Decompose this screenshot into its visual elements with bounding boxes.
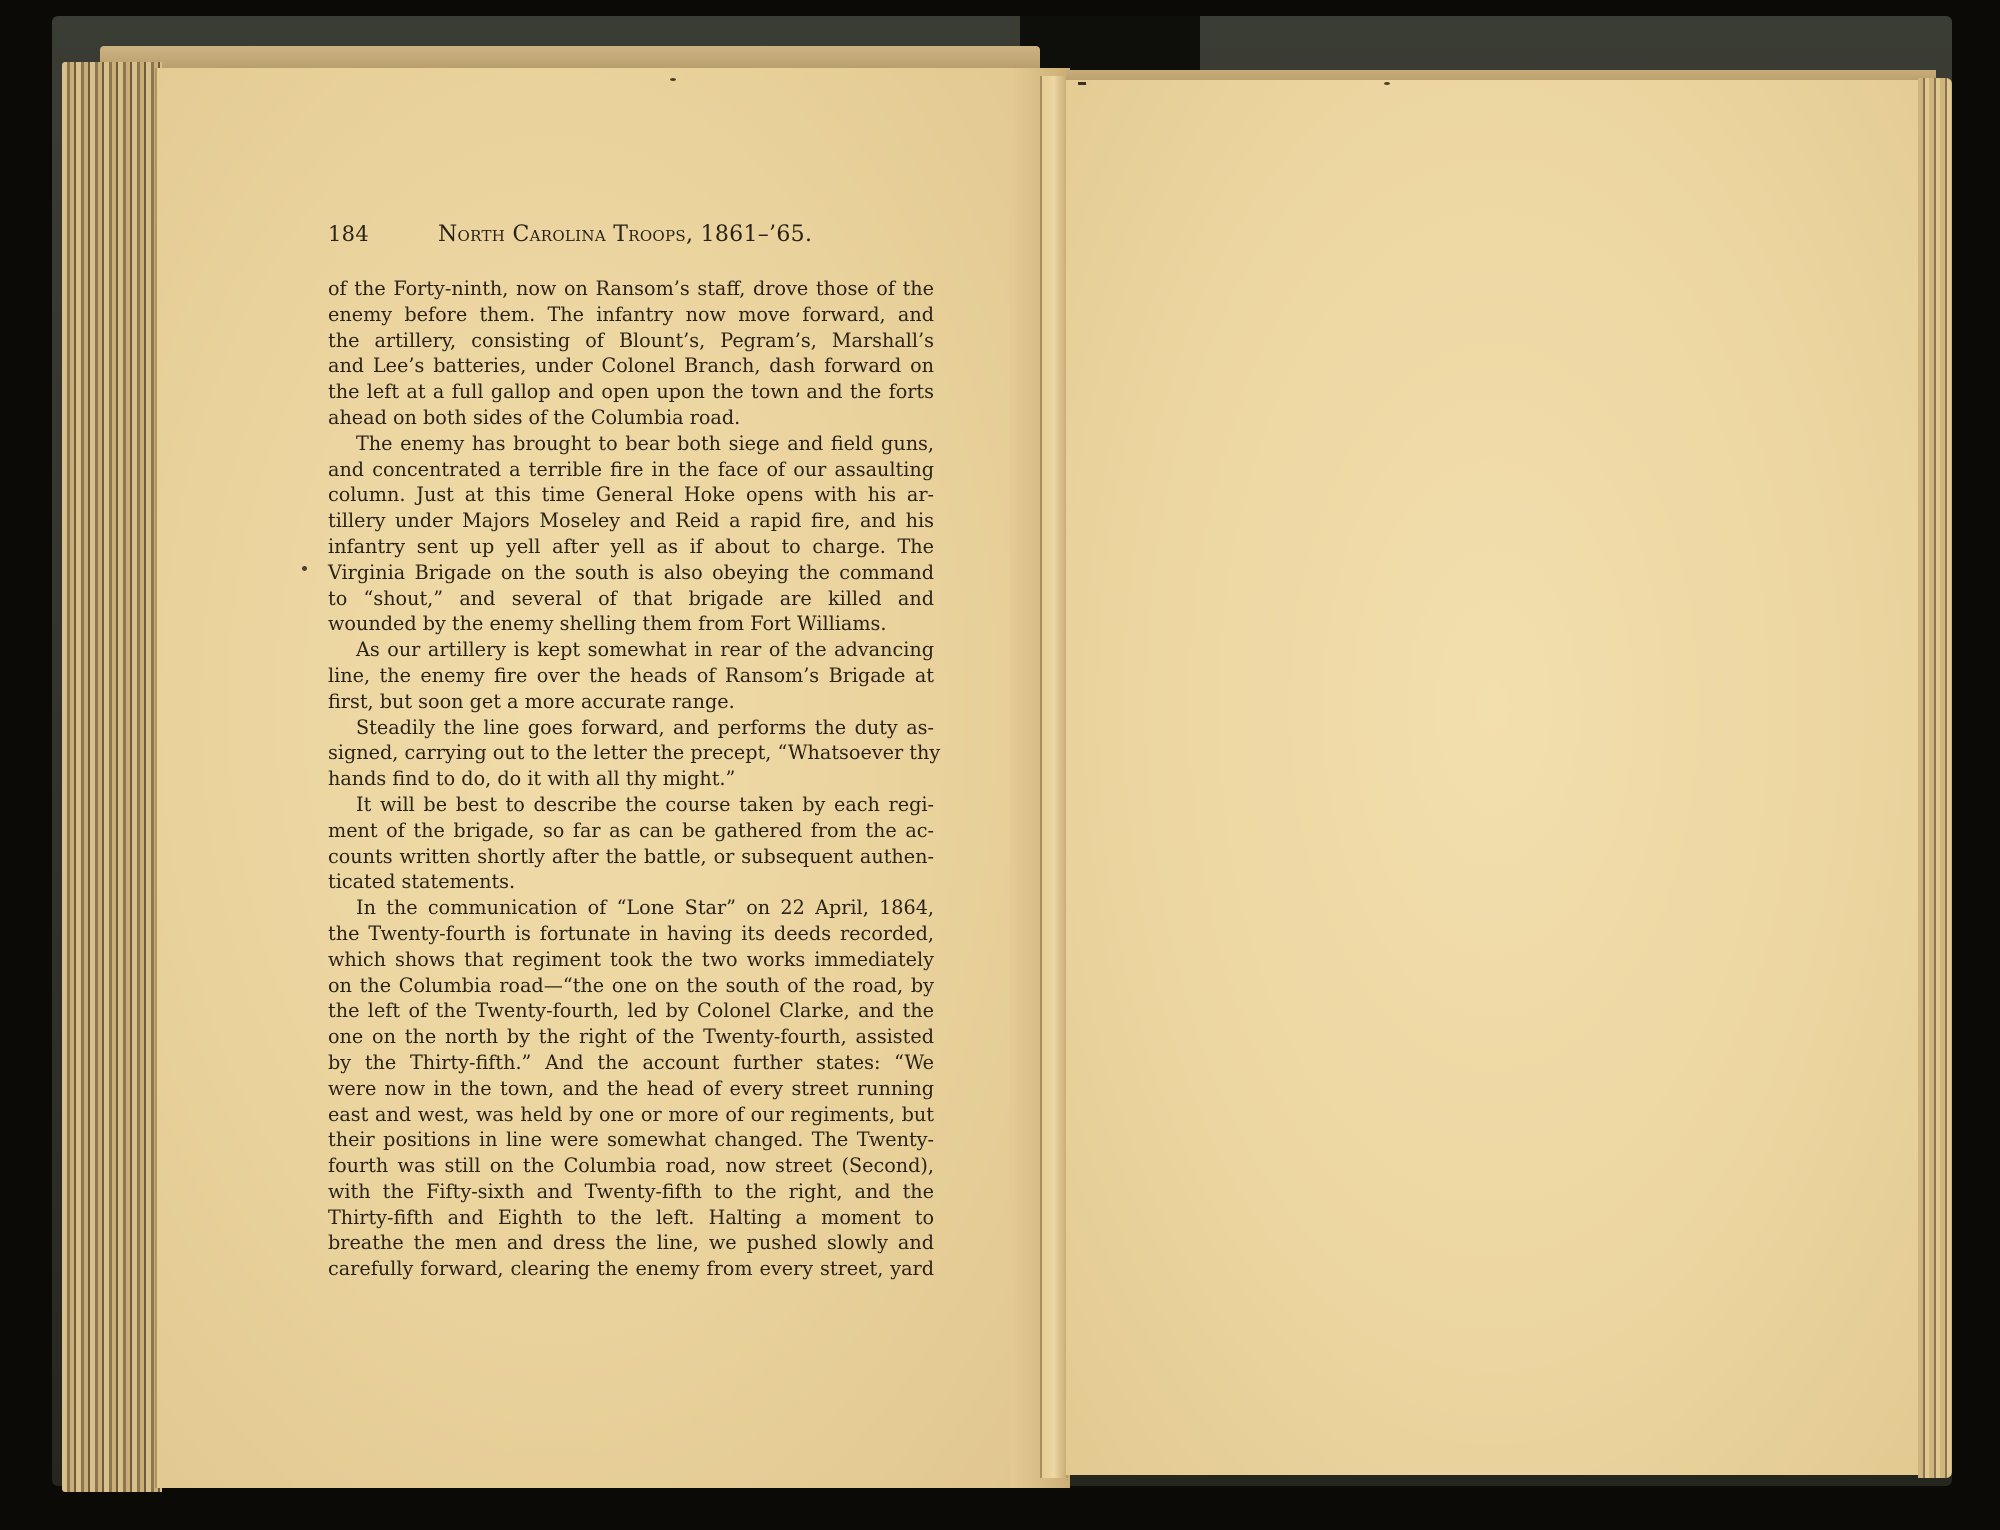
text-line: column. Just at this time General Hoke o… (328, 482, 934, 508)
text-line: east and west, was held by one or more o… (328, 1102, 934, 1128)
text-line: It will be best to describe the course t… (328, 792, 934, 818)
page-number: 184 (328, 222, 438, 246)
left-page-stack (62, 62, 162, 1492)
text-line: signed, carrying out to the letter the p… (328, 740, 934, 766)
spine-shadow (1020, 16, 1200, 76)
ink-speck (302, 566, 307, 571)
text-line: hands find to do, do it with all thy mig… (328, 766, 934, 792)
ink-speck (1384, 82, 1390, 85)
paragraph: In the communication of “Lone Star” on 2… (328, 895, 934, 1282)
text-line: counts written shortly after the battle,… (328, 844, 934, 870)
text-line: the artillery, consisting of Blount’s, P… (328, 328, 934, 354)
text-line: In the communication of “Lone Star” on 2… (328, 895, 934, 921)
text-line: enemy before them. The infantry now move… (328, 302, 934, 328)
left-page-top-edge (100, 46, 1040, 70)
text-line: ticated statements. (328, 869, 934, 895)
text-line: fourth was still on the Columbia road, n… (328, 1153, 934, 1179)
text-line: Steadily the line goes forward, and perf… (328, 715, 934, 741)
text-line: with the Fifty-sixth and Twenty-fifth to… (328, 1179, 934, 1205)
text-line: Thirty-fifth and Eighth to the left. Hal… (328, 1205, 934, 1231)
paragraph: of the Forty-ninth, now on Ransom’s staf… (328, 276, 934, 431)
text-line: and concentrated a terrible fire in the … (328, 457, 934, 483)
paragraph: It will be best to describe the course t… (328, 792, 934, 895)
text-line: to “shout,” and several of that brigade … (328, 586, 934, 612)
right-page-blank (1066, 80, 1921, 1475)
text-line: their positions in line were somewhat ch… (328, 1127, 934, 1153)
text-line: the Twenty-fourth is fortunate in having… (328, 921, 934, 947)
text-line: breathe the men and dress the line, we p… (328, 1230, 934, 1256)
text-line: were now in the town, and the head of ev… (328, 1076, 934, 1102)
text-line: carefully forward, clearing the enemy fr… (328, 1256, 934, 1282)
text-line: and Lee’s batteries, under Colonel Branc… (328, 353, 934, 379)
right-page-stack (1918, 78, 1952, 1478)
gutter-fold (1040, 76, 1068, 1478)
text-line: ment of the brigade, so far as can be ga… (328, 818, 934, 844)
paragraph: Steadily the line goes forward, and perf… (328, 715, 934, 792)
text-line: The enemy has brought to bear both siege… (328, 431, 934, 457)
top-notch-mark (1078, 82, 1086, 85)
text-line: of the Forty-ninth, now on Ransom’s staf… (328, 276, 934, 302)
body-text: of the Forty-ninth, now on Ransom’s staf… (328, 276, 934, 1282)
text-line: by the Thirty-fifth.” And the account fu… (328, 1050, 934, 1076)
text-line: the left at a full gallop and open upon … (328, 379, 934, 405)
text-line: Virginia Brigade on the south is also ob… (328, 560, 934, 586)
ink-speck (670, 78, 676, 81)
text-line: As our artillery is kept somewhat in rea… (328, 637, 934, 663)
paragraph: As our artillery is kept somewhat in rea… (328, 637, 934, 714)
text-line: wounded by the enemy shelling them from … (328, 611, 934, 637)
left-page-text: 184 North Carolina Troops, 1861–’65. of … (328, 222, 934, 1282)
text-line: the left of the Twenty-fourth, led by Co… (328, 998, 934, 1024)
text-line: ahead on both sides of the Columbia road… (328, 405, 934, 431)
text-line: one on the north by the right of the Twe… (328, 1024, 934, 1050)
paragraph: The enemy has brought to bear both siege… (328, 431, 934, 637)
text-line: first, but soon get a more accurate rang… (328, 689, 934, 715)
text-line: which shows that regiment took the two w… (328, 947, 934, 973)
text-line: tillery under Majors Moseley and Reid a … (328, 508, 934, 534)
book-photo: 184 North Carolina Troops, 1861–’65. of … (0, 0, 2000, 1530)
text-line: on the Columbia road—“the one on the sou… (328, 973, 934, 999)
running-head: 184 North Carolina Troops, 1861–’65. (328, 222, 934, 252)
text-line: infantry sent up yell after yell as if a… (328, 534, 934, 560)
text-line: line, the enemy fire over the heads of R… (328, 663, 934, 689)
running-head-title: North Carolina Troops, 1861–’65. (438, 222, 812, 247)
